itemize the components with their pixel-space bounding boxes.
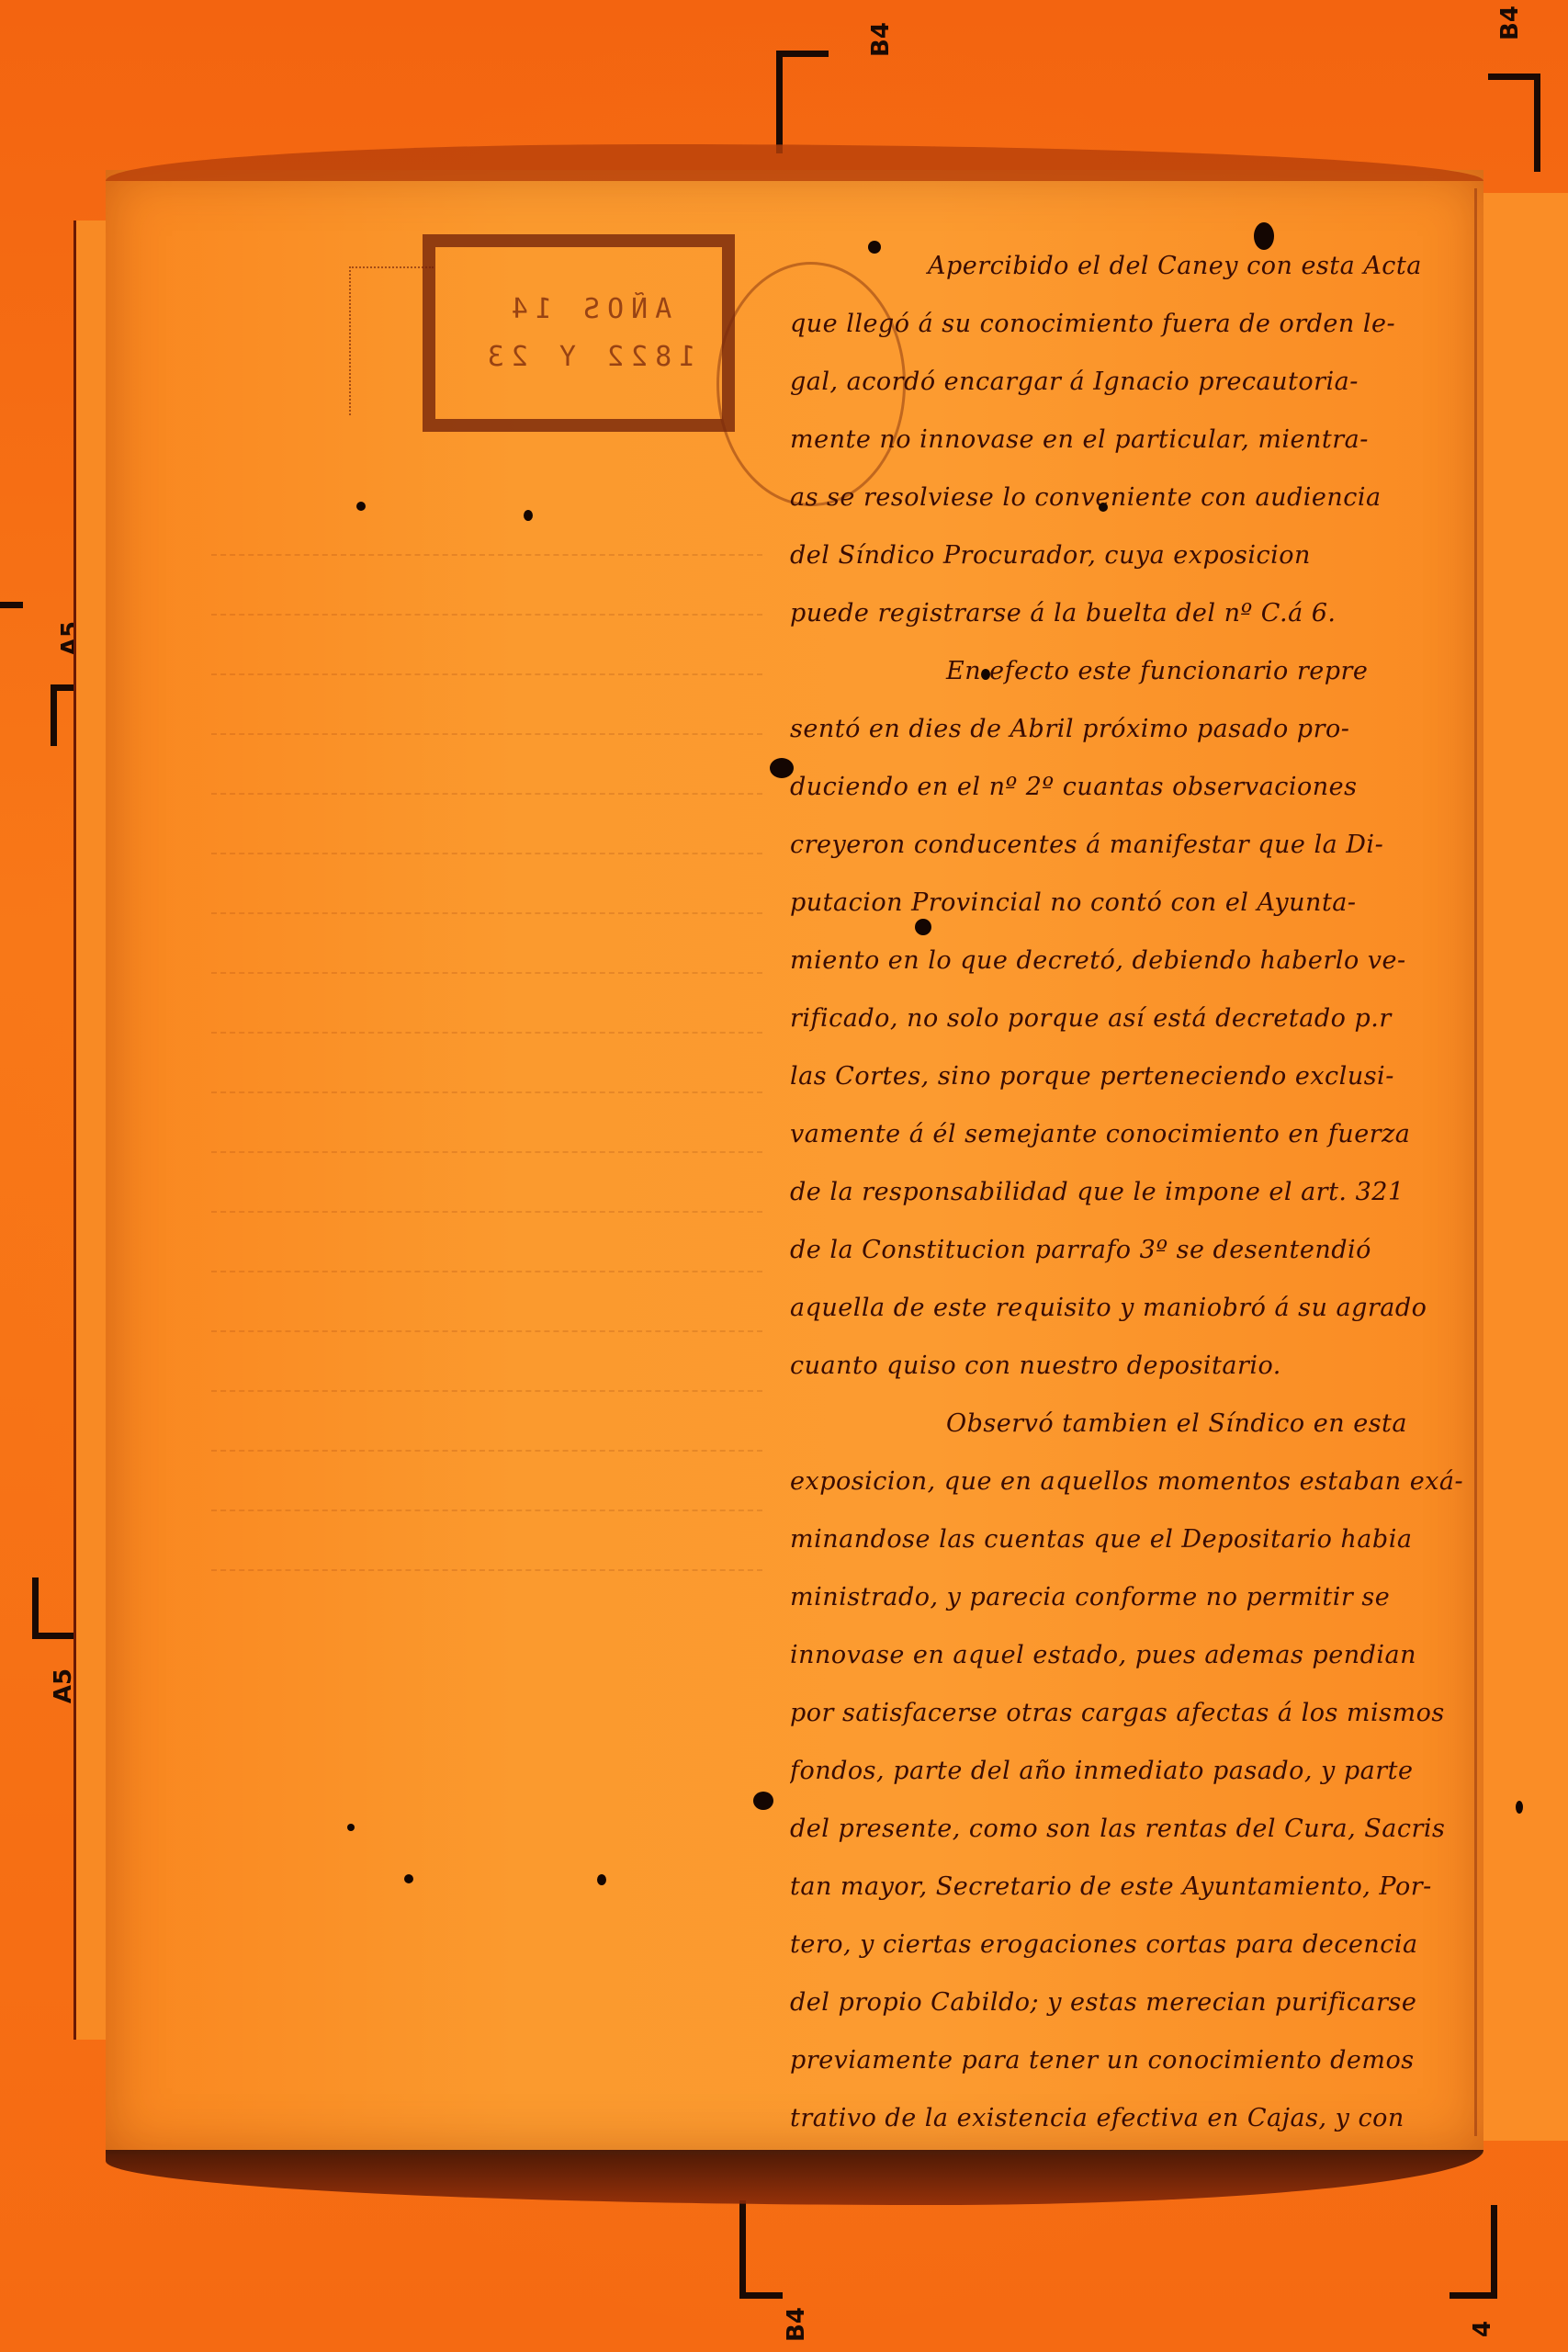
- ink-spot: [915, 919, 931, 935]
- ms-line: Observó tambien el Síndico en esta: [790, 1395, 1470, 1453]
- stamp-outline: [349, 266, 434, 415]
- ms-line: trativo de la existencia efectiva en Caj…: [790, 2089, 1470, 2147]
- ink-spot: [770, 758, 794, 778]
- mirrored-stamp: AÑOS 14 1822 Y 23: [423, 234, 735, 432]
- ms-line: mente no innovase en el particular, mien…: [790, 411, 1470, 469]
- crop-mark-bottom-right: [1450, 2205, 1497, 2299]
- ms-line: tan mayor, Secretario de este Ayuntamien…: [790, 1858, 1470, 1916]
- ink-spot: [356, 502, 366, 511]
- stamp-line-2: 1822 Y 23: [480, 334, 696, 381]
- ms-line: sentó en dies de Abril próximo pasado pr…: [790, 700, 1470, 758]
- crop-mark-top-right: [1488, 73, 1540, 172]
- ink-spot: [1254, 222, 1274, 250]
- crop-mark-left-upper-tick: [0, 602, 23, 608]
- ms-line: putacion Provincial no contó con el Ayun…: [790, 874, 1470, 932]
- ms-line: del propio Cabildo; y estas merecian pur…: [790, 1973, 1470, 2031]
- ms-line: fondos, parte del año inmediato pasado, …: [790, 1742, 1470, 1800]
- ms-line: previamente para tener un conocimiento d…: [790, 2031, 1470, 2089]
- ink-spot: [524, 510, 533, 521]
- ms-line: por satisfacerse otras cargas afectas á …: [790, 1684, 1470, 1742]
- crop-mark-bottom-left: [739, 2200, 783, 2299]
- ms-line: ministrado, y parecia conforme no permit…: [790, 1568, 1470, 1626]
- ms-line: del Síndico Procurador, cuya exposicion: [790, 526, 1470, 584]
- ink-spot: [597, 1874, 606, 1885]
- crop-mark-left-lower: [32, 1577, 75, 1639]
- crop-mark-top-left: [776, 51, 829, 153]
- ms-line: rificado, no solo porque así está decret…: [790, 989, 1470, 1047]
- bleed-through-text: [211, 496, 762, 1571]
- ms-line: de la responsabilidad que le impone el a…: [790, 1163, 1470, 1221]
- ms-line: gal, acordó encargar á Ignacio precautor…: [790, 353, 1470, 411]
- crop-label-bottom-left: B4: [783, 2307, 810, 2342]
- stamp-line-1: AÑOS 14: [504, 286, 671, 334]
- ms-line: que llegó á su conocimiento fuera de ord…: [790, 295, 1470, 353]
- ms-line: Apercibido el del Caney con esta Acta: [790, 237, 1470, 295]
- ms-line: as se resolviese lo conveniente con audi…: [790, 469, 1470, 526]
- ms-line: cuanto quiso con nuestro depositario.: [790, 1337, 1470, 1395]
- ms-line: minandose las cuentas que el Depositario…: [790, 1510, 1470, 1568]
- ink-spot: [981, 669, 990, 680]
- crop-label-top-left: B4: [867, 22, 895, 57]
- ms-line: miento en lo que decretó, debiendo haber…: [790, 932, 1470, 989]
- ink-spot: [868, 241, 881, 254]
- ink-spot: [1516, 1801, 1523, 1814]
- ms-line: aquella de este requisito y maniobró á s…: [790, 1279, 1470, 1337]
- ink-spot: [753, 1792, 773, 1810]
- ms-line: puede registrarse á la buelta del nº C.á…: [790, 584, 1470, 642]
- ms-line: creyeron conducentes á manifestar que la…: [790, 816, 1470, 874]
- ms-line: duciendo en el nº 2º cuantas observacion…: [790, 758, 1470, 816]
- crop-label-top-right: B4: [1496, 6, 1524, 40]
- ink-spot: [404, 1874, 413, 1883]
- ms-line: vamente á él semejante conocimiento en f…: [790, 1105, 1470, 1163]
- ms-line: exposicion, que en aquellos momentos est…: [790, 1453, 1470, 1510]
- ink-spot: [347, 1824, 355, 1831]
- ink-spot: [1099, 503, 1108, 512]
- ms-line: del presente, como son las rentas del Cu…: [790, 1800, 1470, 1858]
- ms-line: tero, y ciertas erogaciones cortas para …: [790, 1916, 1470, 1973]
- ms-line: de la Constitucion parrafo 3º se desente…: [790, 1221, 1470, 1279]
- sheet-right-edge: [1474, 188, 1477, 2136]
- crop-label-bottom-right: 4: [1469, 2321, 1496, 2337]
- ms-line: las Cortes, sino porque perteneciendo ex…: [790, 1047, 1470, 1105]
- manuscript-text: Apercibido el del Caney con esta Acta qu…: [790, 237, 1470, 2147]
- ms-line: innovase en aquel estado, pues ademas pe…: [790, 1626, 1470, 1684]
- adjacent-page-edge: [1477, 193, 1568, 2141]
- ms-line: En efecto este funcionario repre: [790, 642, 1470, 700]
